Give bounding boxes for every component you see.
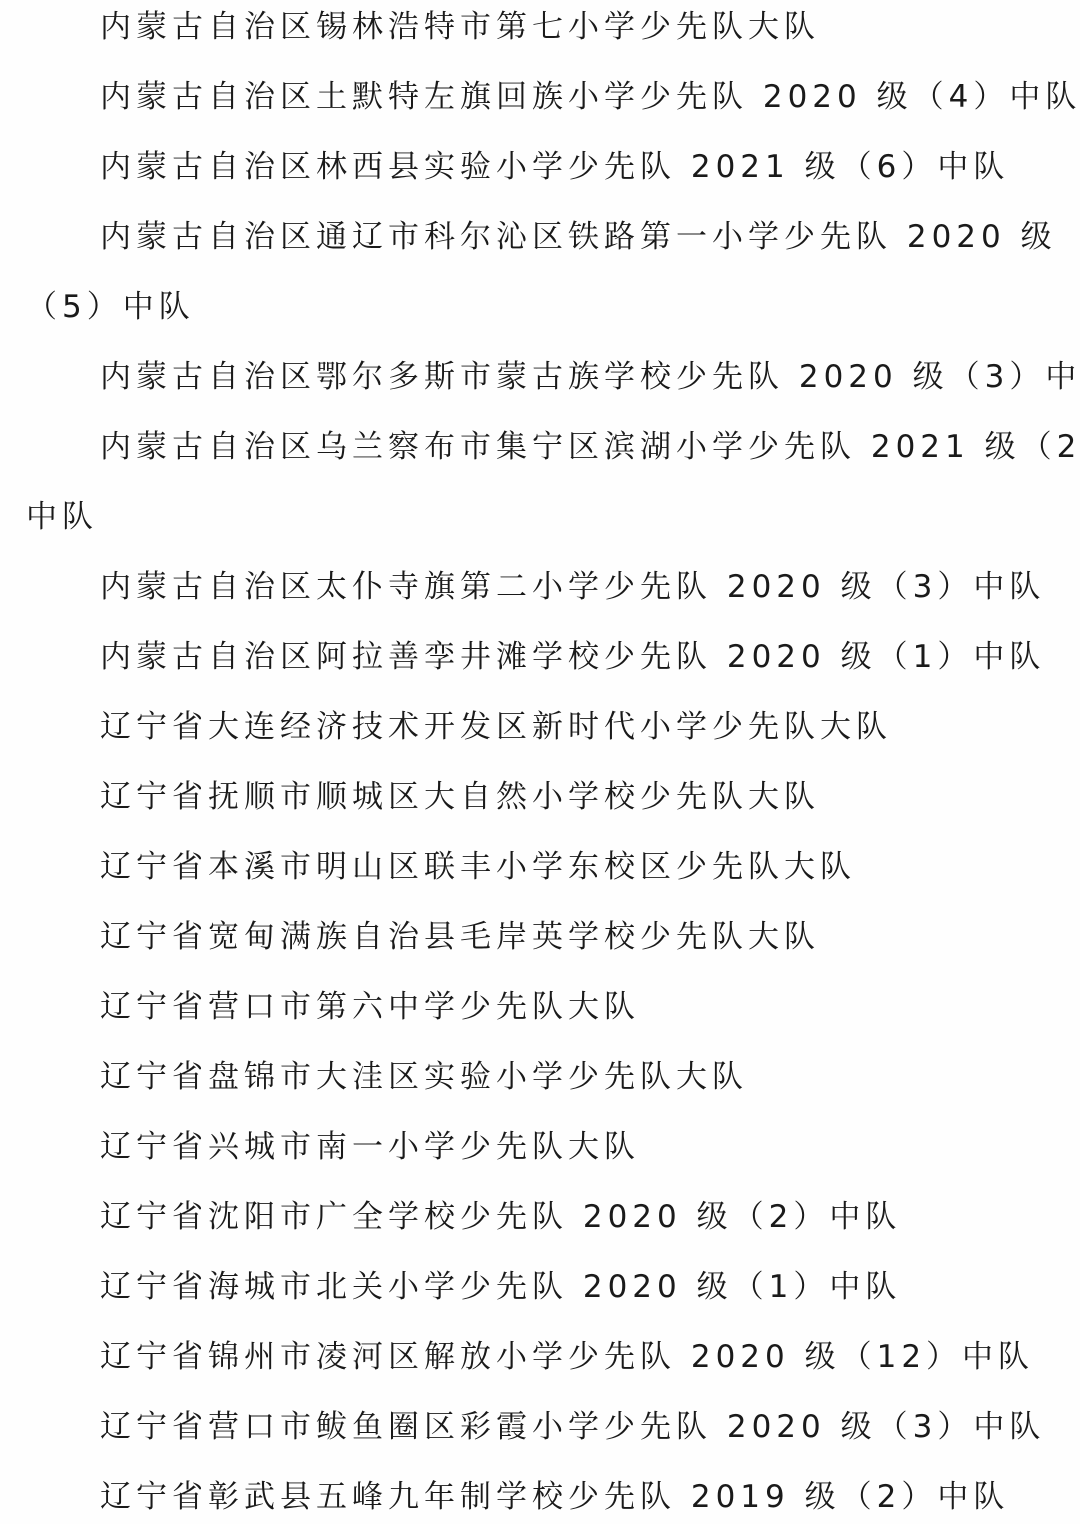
list-item: 内蒙古自治区林西县实验小学少先队 2021 级（6）中队: [0, 145, 1080, 189]
list-item: 内蒙古自治区阿拉善孪井滩学校少先队 2020 级（1）中队: [0, 635, 1080, 679]
document-page: 内蒙古自治区锡林浩特市第七小学少先队大队 内蒙古自治区土默特左旗回族小学少先队 …: [0, 0, 1080, 1524]
list-item: 辽宁省宽甸满族自治县毛岸英学校少先队大队: [0, 915, 1080, 959]
list-item: 辽宁省海城市北关小学少先队 2020 级（1）中队: [0, 1265, 1080, 1309]
list-item: 辽宁省抚顺市顺城区大自然小学校少先队大队: [0, 775, 1080, 819]
list-item: 内蒙古自治区锡林浩特市第七小学少先队大队: [0, 5, 1080, 49]
list-item: 内蒙古自治区鄂尔多斯市蒙古族学校少先队 2020 级（3）中队: [0, 355, 1080, 399]
list-item: 辽宁省本溪市明山区联丰小学东校区少先队大队: [0, 845, 1080, 889]
list-item: 辽宁省营口市鲅鱼圈区彩霞小学少先队 2020 级（3）中队: [0, 1405, 1080, 1449]
list-item-continuation: 中队: [0, 495, 1080, 539]
list-item: 辽宁省锦州市凌河区解放小学少先队 2020 级（12）中队: [0, 1335, 1080, 1379]
list-item: 内蒙古自治区太仆寺旗第二小学少先队 2020 级（3）中队: [0, 565, 1080, 609]
list-item: 内蒙古自治区乌兰察布市集宁区滨湖小学少先队 2021 级（2）: [0, 425, 1080, 469]
list-item: 辽宁省彰武县五峰九年制学校少先队 2019 级（2）中队: [0, 1475, 1080, 1519]
list-item-continuation: （5）中队: [0, 285, 1080, 329]
list-item: 辽宁省大连经济技术开发区新时代小学少先队大队: [0, 705, 1080, 749]
list-item: 辽宁省盘锦市大洼区实验小学少先队大队: [0, 1055, 1080, 1099]
list-item: 辽宁省兴城市南一小学少先队大队: [0, 1125, 1080, 1169]
list-item: 内蒙古自治区土默特左旗回族小学少先队 2020 级（4）中队: [0, 75, 1080, 119]
list-item: 内蒙古自治区通辽市科尔沁区铁路第一小学少先队 2020 级: [0, 215, 1080, 259]
list-item: 辽宁省营口市第六中学少先队大队: [0, 985, 1080, 1029]
list-item: 辽宁省沈阳市广全学校少先队 2020 级（2）中队: [0, 1195, 1080, 1239]
